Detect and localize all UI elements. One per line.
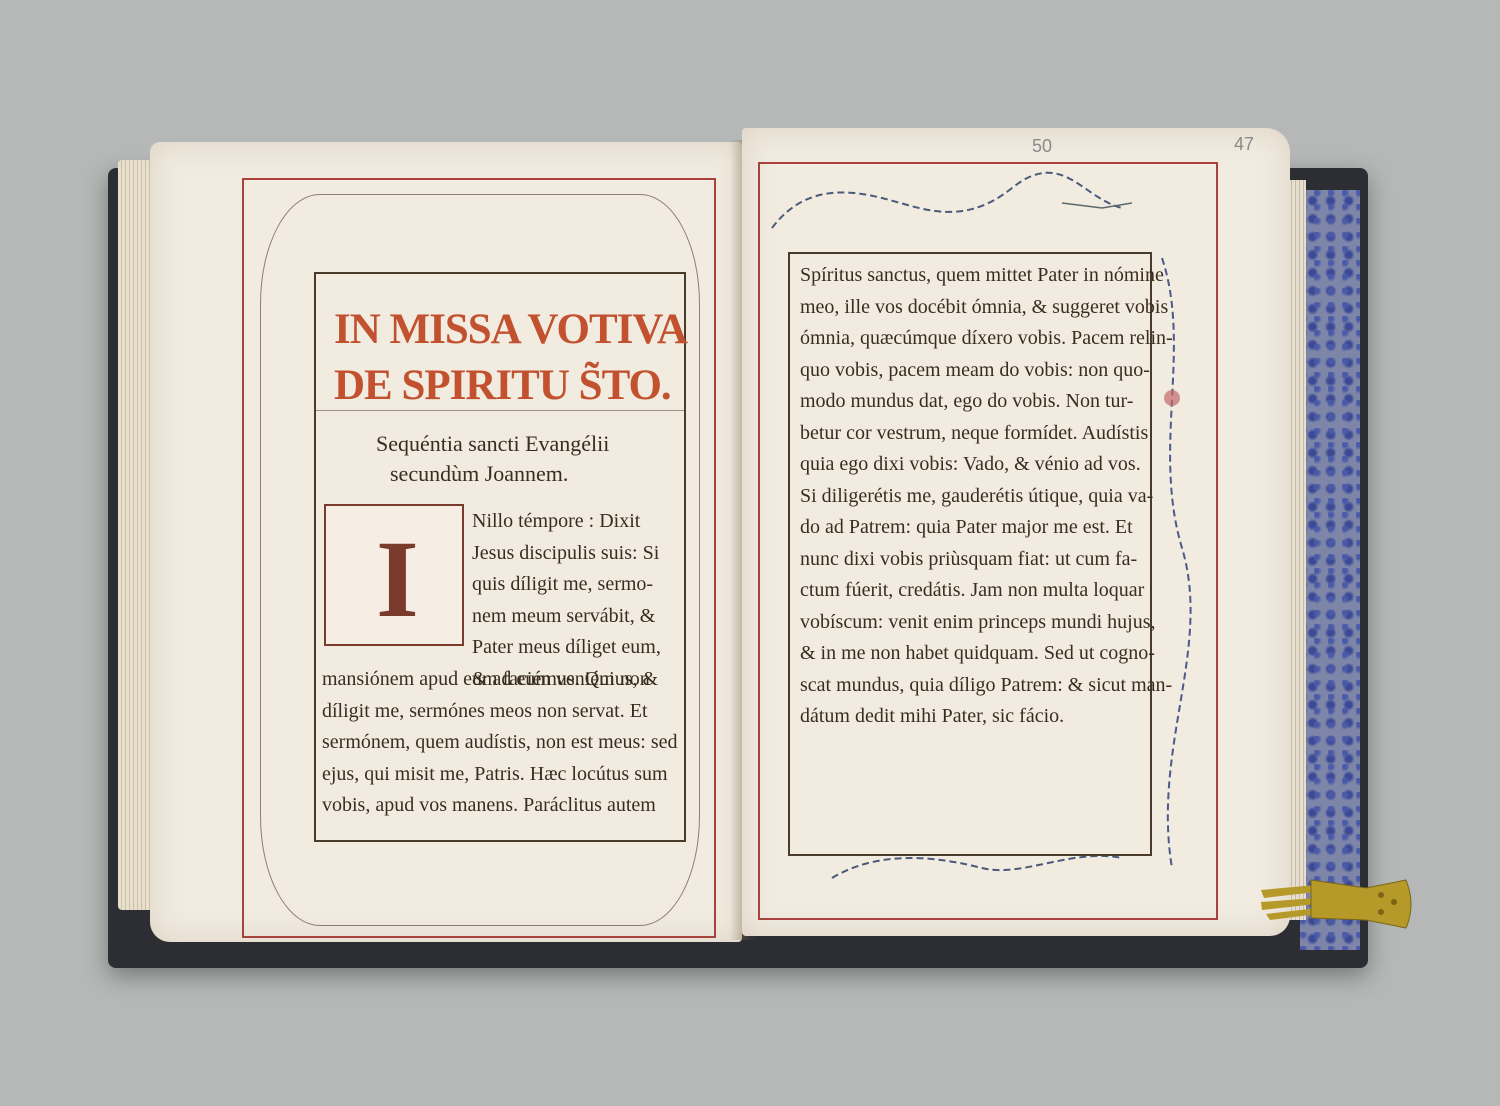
gospel-heading: Sequéntia sancti Evangélii secundùm Joan…: [376, 429, 609, 489]
brass-hand-bookmark-clip: [1256, 870, 1416, 930]
title-rule: [316, 410, 684, 411]
floral-scroll-ornament-top: [762, 168, 1182, 238]
gospel-text-continuation: Spíritus sanctus, quem mittet Pater in n…: [800, 260, 1150, 733]
illuminated-initial: I: [324, 504, 464, 646]
text-block-left: IN MISSA VOTIVA DE SPIRITU S̃TO. Sequént…: [314, 272, 686, 842]
corner-folio-number: 47: [1234, 134, 1254, 155]
left-page: IN MISSA VOTIVA DE SPIRITU S̃TO. Sequént…: [150, 142, 742, 942]
page-title: IN MISSA VOTIVA DE SPIRITU S̃TO.: [334, 302, 687, 414]
pencil-folio-number: 50: [1032, 136, 1052, 157]
text-block-right: Spíritus sanctus, quem mittet Pater in n…: [788, 252, 1152, 856]
marbled-endpaper: [1300, 190, 1360, 950]
gospel-text-second-block: mansiónem apud eum faciémus. Qui non díl…: [322, 664, 682, 822]
right-page: 50 47 Spíritus sanctus, quem mittet Pate…: [742, 128, 1290, 936]
